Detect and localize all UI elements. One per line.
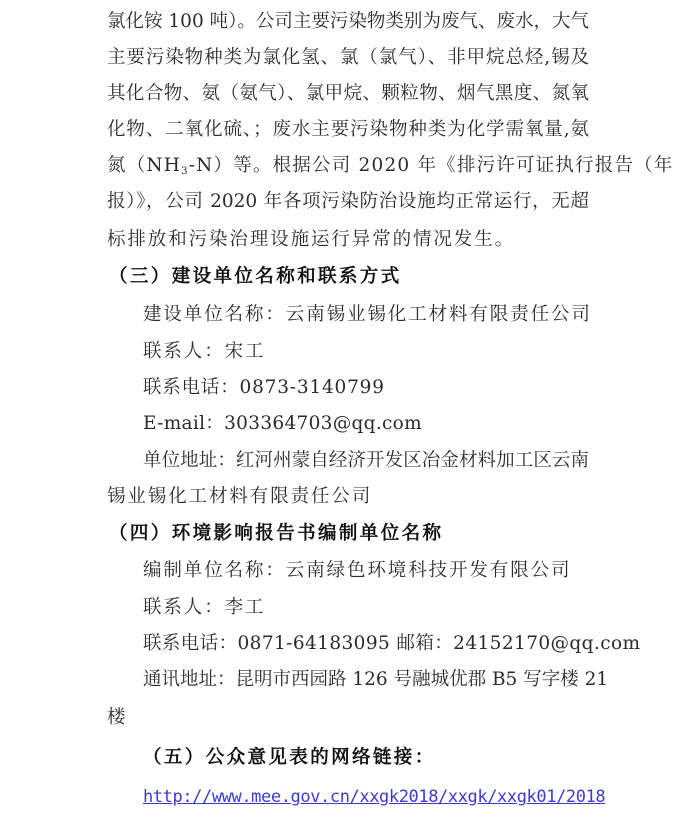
section-heading-public-opinion-link: （五）公众意见表的网络链接：: [143, 740, 625, 776]
construction-address-line2: 锡业锡化工材料有限责任公司: [107, 479, 589, 515]
eia-unit-name: 编制单位名称：云南绿色环境科技开发有限公司: [143, 553, 625, 589]
text-fragment: -N）等。根据公司 2020 年《排污许可证执行报告（年: [189, 155, 674, 176]
subscript: 3: [181, 166, 189, 177]
construction-email: E-mail：303364703@qq.com: [143, 406, 625, 442]
construction-address-line1: 单位地址：红河州蒙自经济开发区冶金材料加工区云南: [143, 443, 589, 479]
paragraph-line: 化物、二氧化硫、；废水主要污染物种类为化学需氧量,氨: [107, 112, 589, 148]
construction-contact-person: 联系人：宋工: [143, 334, 625, 370]
paragraph-line: 标排放和污染治理设施运行异常的情况发生。: [107, 222, 589, 258]
text-fragment: 氮（NH: [107, 155, 181, 176]
eia-phone-email: 联系电话：0871-64183095 邮箱：24152170@qq.com: [143, 626, 625, 662]
eia-address-line1: 通讯地址：昆明市西园路 126 号融城优郡 B5 写字楼 21: [143, 662, 589, 698]
section-heading-eia-unit: （四）环境影响报告书编制单位名称: [109, 516, 591, 552]
paragraph-line: 报）》，公司 2020 年各项污染防治设施均正常运行，无超: [107, 184, 589, 220]
paragraph-line: 主要污染物种类为氯化氢、氯（氯气）、非甲烷总烃,锡及: [107, 40, 589, 76]
public-opinion-link-row: http://www.mee.gov.cn/xxgk2018/xxgk/xxgk…: [143, 779, 625, 815]
construction-unit-name: 建设单位名称：云南锡业锡化工材料有限责任公司: [143, 297, 625, 333]
paragraph-line-nh3: 氮（NH3-N）等。根据公司 2020 年《排污许可证执行报告（年: [107, 148, 589, 184]
eia-address-line2: 楼: [107, 700, 589, 736]
eia-contact-person: 联系人：李工: [143, 590, 625, 626]
public-opinion-link[interactable]: http://www.mee.gov.cn/xxgk2018/xxgk/xxgk…: [143, 787, 605, 807]
paragraph-line: 其化合物、氨（氨气）、氯甲烷、颗粒物、烟气黑度、氮氧: [107, 76, 589, 112]
section-heading-construction-unit: （三）建设单位名称和联系方式: [109, 259, 591, 295]
paragraph-line: 氯化铵 100 吨）。公司主要污染物类别为废气、废水，大气: [107, 4, 589, 40]
construction-phone: 联系电话：0873-3140799: [143, 370, 625, 406]
